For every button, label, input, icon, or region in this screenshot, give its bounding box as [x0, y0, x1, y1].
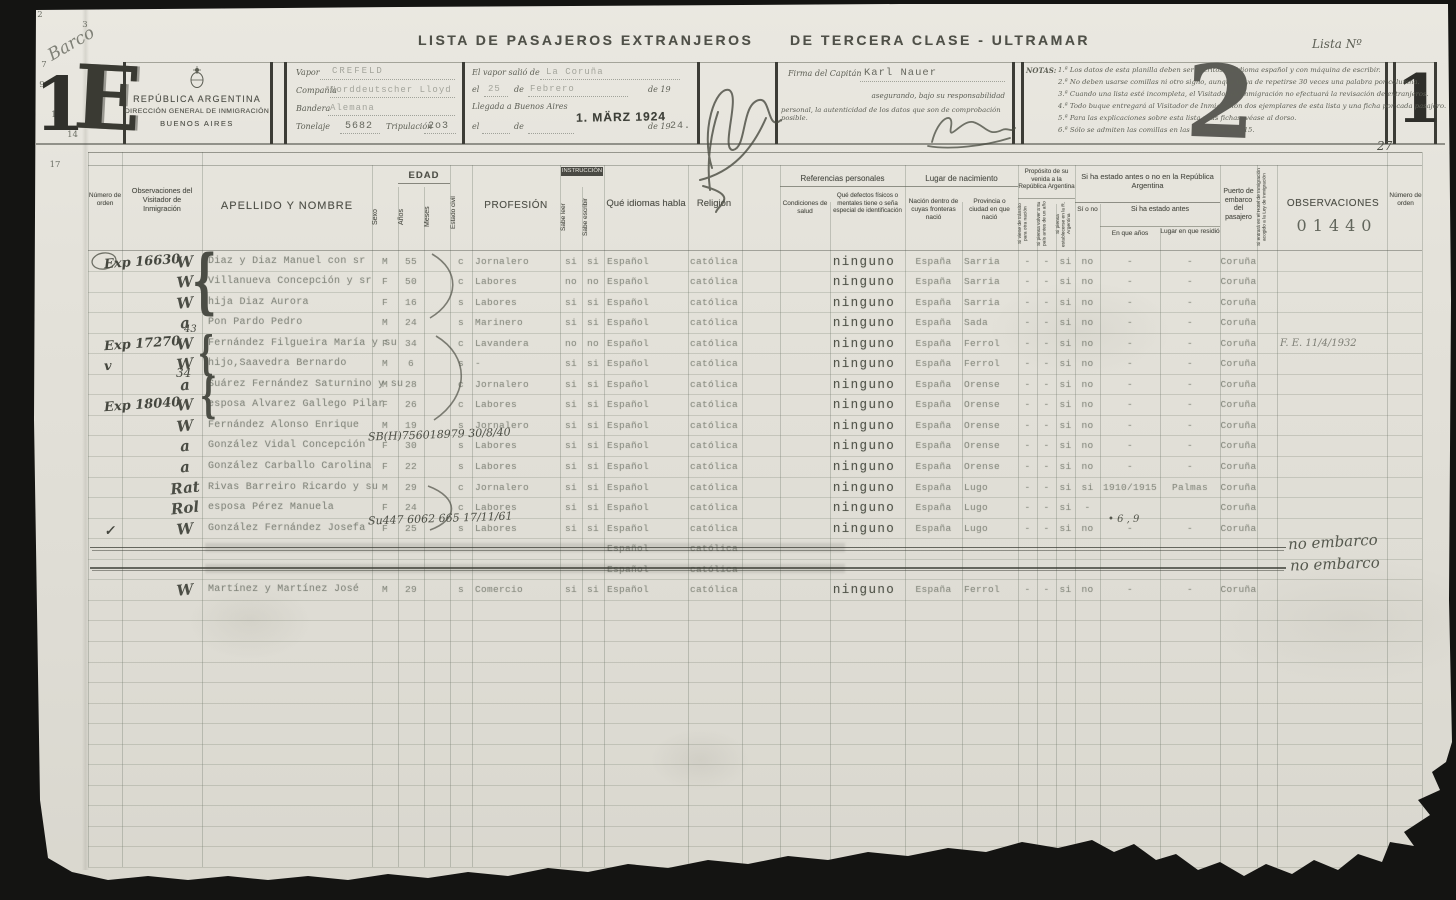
- row-number-left: 2: [0, 200, 34, 210]
- row-number-left: 27: [0, 700, 34, 710]
- row-number-left: 26: [0, 680, 34, 690]
- row-number-right: 9: [0, 350, 35, 360]
- row-number-left: 1: [0, 180, 34, 190]
- row-number-right: 20: [0, 570, 35, 580]
- row-number-right: 2: [0, 210, 35, 220]
- row-number-right: 18: [0, 530, 35, 540]
- row-number-left: 5: [0, 260, 34, 270]
- row-number-left: 19: [0, 540, 34, 550]
- row-number-right: 5: [0, 270, 35, 280]
- row-number-right: 24: [0, 650, 35, 660]
- handwritten-grouping-curves: [0, 0, 1456, 900]
- row-number-right: 12: [0, 410, 35, 420]
- row-number-right: 17: [0, 510, 35, 520]
- row-number-right: 1: [0, 190, 35, 200]
- row-number-right: 22: [0, 610, 35, 620]
- column-number: 4: [0, 30, 26, 40]
- row-number-right: 7: [0, 310, 35, 320]
- row-number-right: 4: [0, 250, 35, 260]
- row-number-left: 15: [0, 460, 34, 470]
- row-number-left: 29: [0, 740, 34, 750]
- row-number-right: 3: [0, 230, 35, 240]
- row-number-left: 6: [0, 280, 34, 290]
- row-number-left: 20: [0, 560, 34, 570]
- row-number-left: 28: [0, 720, 34, 730]
- column-number: 15: [0, 140, 37, 150]
- row-number-right: 28: [0, 730, 35, 740]
- handwritten-row13-marks: • 6 , 9: [1108, 514, 1139, 525]
- row-number-right: 27: [0, 710, 35, 720]
- handwritten-superscript-34: 34: [176, 366, 191, 380]
- row-number-left: 14: [0, 440, 34, 450]
- row-number-right: 26: [0, 690, 35, 700]
- row-number-right: 13: [0, 430, 35, 440]
- row-number-right: 6: [0, 290, 35, 300]
- row-number-left: 24: [0, 640, 34, 650]
- row-number-left: 10: [0, 360, 34, 370]
- row-number-left: 22: [0, 600, 34, 610]
- row-number-left: 23: [0, 620, 34, 630]
- row-number-right: 11: [0, 390, 35, 400]
- row-number-left: 9: [0, 340, 34, 350]
- row-number-left: 8: [0, 320, 34, 330]
- row-number-right: 15: [0, 470, 35, 480]
- document-sheet: LISTA DE PASAJEROS EXTRANJEROS DE TERCER…: [0, 0, 1456, 900]
- row-number-right: 21: [0, 590, 35, 600]
- circled-row-number: [91, 251, 117, 270]
- handwritten-superscript-43: 43: [184, 324, 197, 335]
- row-number-right: 8: [0, 330, 35, 340]
- row-number-left: 17: [0, 500, 34, 510]
- row-number-left: 16: [0, 480, 34, 490]
- scanned-document-background: LISTA DE PASAJEROS EXTRANJEROS DE TERCER…: [0, 0, 1456, 900]
- column-number: 16: [0, 150, 20, 160]
- row-number-right: 25: [0, 670, 35, 680]
- row-number-left: 7: [0, 300, 34, 310]
- row-number-left: 11: [0, 380, 34, 390]
- no-embarco-note-2: no embarco: [1290, 553, 1380, 574]
- row-number-left: 12: [0, 400, 34, 410]
- column-number: 6: [0, 50, 22, 60]
- row-number-left: 13: [0, 420, 34, 430]
- row-number-right: 23: [0, 630, 35, 640]
- row-number-right: 19: [0, 550, 35, 560]
- row-number-right: 14: [0, 450, 35, 460]
- row-number-left: 21: [0, 580, 34, 590]
- row-number-left: 25: [0, 660, 34, 670]
- column-number: 1: [0, 170, 35, 180]
- row-number-right: 16: [0, 490, 35, 500]
- row-number-right: 30: [0, 770, 35, 780]
- row-number-right: 10: [0, 370, 35, 380]
- row-number-left: 30: [0, 760, 34, 770]
- row-number-left: 4: [0, 240, 34, 250]
- column-number: 1: [0, 0, 34, 10]
- row-number-left: 18: [0, 520, 34, 530]
- row-number-left: 3: [0, 220, 34, 230]
- row-number-right: 29: [0, 750, 35, 760]
